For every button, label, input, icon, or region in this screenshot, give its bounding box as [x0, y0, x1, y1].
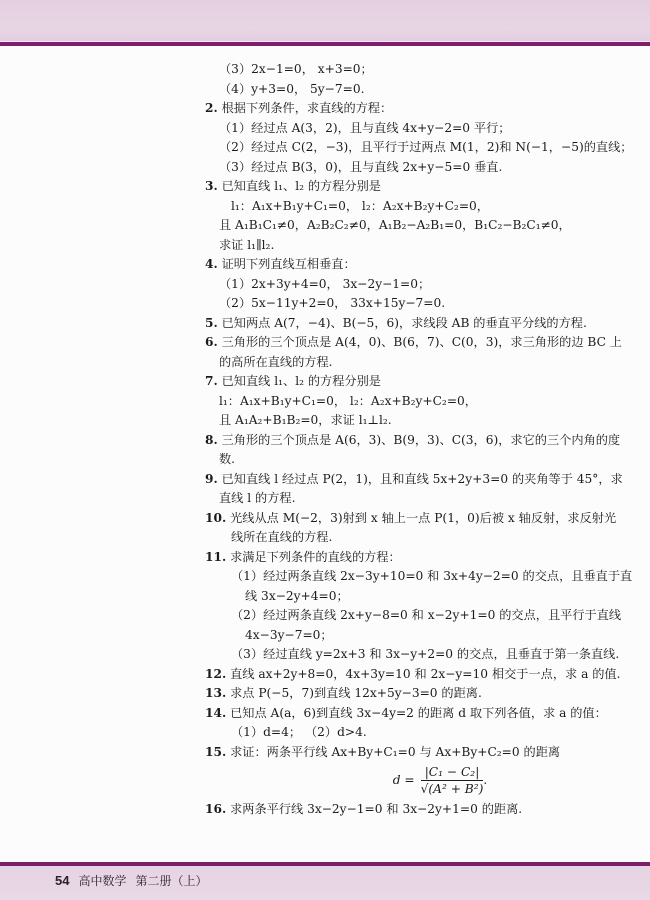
exercise-line: （3）经过点 B(3，0)，且与直线 2x+y−5=0 垂直. — [205, 158, 635, 178]
exercise-text: （1）经过点 A(3，2)，且与直线 4x+y−2=0 平行； — [219, 121, 510, 135]
exercise-item: 3. 已知直线 l₁、l₂ 的方程分别是 — [205, 177, 635, 197]
exercise-text: l₁：A₁x+B₁y+C₁=0， l₂：A₂x+B₂y+C₂=0， — [231, 199, 489, 213]
exercise-item: 12. 直线 ax+2y+8=0，4x+3y=10 和 2x−y=10 相交于一… — [205, 665, 635, 685]
book-volume: 第二册（上） — [135, 872, 207, 889]
exercise-line: 线所在直线的方程. — [205, 528, 635, 548]
exercise-line: 且 A₁A₂+B₁B₂=0，求证 l₁⊥l₂. — [205, 411, 635, 431]
exercise-content: （3）2x−1=0， x+3=0；（4）y+3=0， 5y−7=0.2. 根据下… — [205, 60, 635, 820]
exercise-line: l₁：A₁x+B₁y+C₁=0， l₂：A₂x+B₂y+C₂=0， — [205, 392, 635, 412]
exercise-item: 16. 求两条平行线 3x−2y−1=0 和 3x−2y+1=0 的距离. — [205, 800, 635, 820]
exercise-text: 求证：两条平行线 Ax+By+C₁=0 与 Ax+By+C₂=0 的距离 — [230, 745, 560, 759]
exercise-number: 11. — [205, 548, 226, 568]
exercise-text: （1）2x+3y+4=0， 3x−2y−1=0； — [219, 277, 430, 291]
exercise-line: 求证 l₁∥l₂. — [205, 236, 635, 256]
exercise-text: 求两条平行线 3x−2y−1=0 和 3x−2y+1=0 的距离. — [230, 802, 522, 816]
book-title: 高中数学 — [78, 872, 126, 889]
exercise-number: 6. — [205, 333, 218, 353]
exercise-line: （4）y+3=0， 5y−7=0. — [205, 80, 635, 100]
exercise-line: （3）2x−1=0， x+3=0； — [205, 60, 635, 80]
exercise-item: 2. 根据下列条件，求直线的方程： — [205, 99, 635, 119]
exercise-item: 14. 已知点 A(a，6)到直线 3x−4y=2 的距离 d 取下列各值，求 … — [205, 704, 635, 724]
exercise-text: 4x−3y−7=0； — [245, 628, 333, 642]
exercise-item: 5. 已知两点 A(7，−4)、B(−5，6)，求线段 AB 的垂直平分线的方程… — [205, 314, 635, 334]
exercise-number: 14. — [205, 704, 226, 724]
exercise-line: （1）d=4； （2）d>4. — [205, 723, 635, 743]
exercise-text: （3）经过点 B(3，0)，且与直线 2x+y−5=0 垂直. — [219, 160, 502, 174]
exercise-text: （3）2x−1=0， x+3=0； — [219, 62, 373, 76]
page-number: 54 — [55, 873, 69, 888]
exercise-line: l₁：A₁x+B₁y+C₁=0， l₂：A₂x+B₂y+C₂=0， — [205, 197, 635, 217]
exercise-text: 直线 ax+2y+8=0，4x+3y=10 和 2x−y=10 相交于一点，求 … — [230, 667, 620, 681]
exercise-line: （1）经过点 A(3，2)，且与直线 4x+y−2=0 平行； — [205, 119, 635, 139]
formula-denominator: √(A² + B²) — [421, 781, 484, 798]
formula-period: . — [483, 771, 487, 791]
exercise-line: （1）经过两条直线 2x−3y+10=0 和 3x+4y−2=0 的交点，且垂直… — [205, 567, 635, 587]
exercise-text: 直线 l 的方程. — [219, 491, 295, 505]
exercise-text: 已知直线 l₁、l₂ 的方程分别是 — [222, 179, 381, 193]
exercise-line: 的高所在直线的方程. — [205, 353, 635, 373]
exercise-number: 2. — [205, 99, 218, 119]
exercise-text: （4）y+3=0， 5y−7=0. — [219, 82, 364, 96]
exercise-text: 求点 P(−5，7)到直线 12x+5y−3=0 的距离. — [230, 686, 482, 700]
exercise-line: （1）2x+3y+4=0， 3x−2y−1=0； — [205, 275, 635, 295]
exercise-line: （2）经过点 C(2，−3)，且平行于过两点 M(1，2)和 N(−1，−5)的… — [205, 138, 635, 158]
exercise-text: 已知直线 l₁、l₂ 的方程分别是 — [222, 374, 381, 388]
exercise-text: 已知两点 A(7，−4)、B(−5，6)，求线段 AB 的垂直平分线的方程. — [222, 316, 587, 330]
exercise-text: 的高所在直线的方程. — [219, 355, 333, 369]
exercise-text: 线 3x−2y+4=0； — [245, 589, 349, 603]
formula-lhs: d = — [393, 771, 415, 791]
page-footer: 54 高中数学 第二册（上） — [55, 872, 208, 889]
exercise-text: 求证 l₁∥l₂. — [219, 238, 274, 252]
exercise-item: 11. 求满足下列条件的直线的方程： — [205, 548, 635, 568]
exercise-line: 直线 l 的方程. — [205, 489, 635, 509]
exercise-line: （2）经过两条直线 2x+y−8=0 和 x−2y+1=0 的交点，且平行于直线 — [205, 606, 635, 626]
exercise-text: 光线从点 M(−2，3)射到 x 轴上一点 P(1，0)后被 x 轴反射，求反射… — [230, 511, 616, 525]
exercise-item: 4. 证明下列直线互相垂直： — [205, 255, 635, 275]
exercise-number: 16. — [205, 800, 226, 820]
exercise-text: （2）经过两条直线 2x+y−8=0 和 x−2y+1=0 的交点，且平行于直线 — [231, 608, 621, 622]
exercise-number: 15. — [205, 743, 226, 763]
exercise-text: 三角形的三个顶点是 A(4，0)、B(6，7)、C(0，3)，求三角形的边 BC… — [222, 335, 622, 349]
exercise-number: 8. — [205, 431, 218, 451]
exercise-text: 且 A₁B₁C₁≠0，A₂B₂C₂≠0，A₁B₂−A₂B₁=0，B₁C₂−B₂C… — [219, 218, 571, 232]
exercise-text: 根据下列条件，求直线的方程： — [222, 101, 393, 115]
exercise-number: 3. — [205, 177, 218, 197]
header-rule — [0, 42, 650, 46]
exercise-number: 7. — [205, 372, 218, 392]
exercise-number: 13. — [205, 684, 226, 704]
exercise-line: （2）5x−11y+2=0， 33x+15y−7=0. — [205, 294, 635, 314]
exercise-text: 且 A₁A₂+B₁B₂=0，求证 l₁⊥l₂. — [219, 413, 392, 427]
exercise-number: 10. — [205, 509, 226, 529]
exercise-text: （1）d=4； （2）d>4. — [231, 725, 367, 739]
header-band — [0, 0, 650, 42]
distance-formula: d =|C₁ − C₂|√(A² + B²). — [205, 762, 635, 800]
exercise-number: 5. — [205, 314, 218, 334]
exercise-text: l₁：A₁x+B₁y+C₁=0， l₂：A₂x+B₂y+C₂=0， — [219, 394, 477, 408]
exercise-item: 15. 求证：两条平行线 Ax+By+C₁=0 与 Ax+By+C₂=0 的距离 — [205, 743, 635, 763]
exercise-line: 数. — [205, 450, 635, 470]
exercise-line: （3）经过直线 y=2x+3 和 3x−y+2=0 的交点，且垂直于第一条直线. — [205, 645, 635, 665]
exercise-number: 12. — [205, 665, 226, 685]
exercise-item: 9. 已知直线 l 经过点 P(2，1)，且和直线 5x+2y+3=0 的夹角等… — [205, 470, 635, 490]
exercise-text: （2）经过点 C(2，−3)，且平行于过两点 M(1，2)和 N(−1，−5)的… — [219, 140, 632, 154]
exercise-number: 4. — [205, 255, 218, 275]
exercise-line: 且 A₁B₁C₁≠0，A₂B₂C₂≠0，A₁B₂−A₂B₁=0，B₁C₂−B₂C… — [205, 216, 635, 236]
exercise-text: （2）5x−11y+2=0， 33x+15y−7=0. — [219, 296, 445, 310]
exercise-text: 证明下列直线互相垂直： — [222, 257, 356, 271]
exercise-number: 9. — [205, 470, 218, 490]
exercise-line: 4x−3y−7=0； — [205, 626, 635, 646]
exercise-text: 三角形的三个顶点是 A(6，3)、B(9，3)、C(3，6)，求它的三个内角的度 — [222, 433, 621, 447]
exercise-item: 10. 光线从点 M(−2，3)射到 x 轴上一点 P(1，0)后被 x 轴反射… — [205, 509, 635, 529]
formula-fraction: |C₁ − C₂|√(A² + B²) — [421, 764, 484, 798]
exercise-text: 数. — [219, 452, 235, 466]
exercise-text: （1）经过两条直线 2x−3y+10=0 和 3x+4y−2=0 的交点，且垂直… — [231, 569, 632, 583]
exercise-item: 8. 三角形的三个顶点是 A(6，3)、B(9，3)、C(3，6)，求它的三个内… — [205, 431, 635, 451]
exercise-text: 求满足下列条件的直线的方程： — [230, 550, 401, 564]
exercise-item: 13. 求点 P(−5，7)到直线 12x+5y−3=0 的距离. — [205, 684, 635, 704]
exercise-text: 线所在直线的方程. — [231, 530, 332, 544]
exercise-line: 线 3x−2y+4=0； — [205, 587, 635, 607]
exercise-text: （3）经过直线 y=2x+3 和 3x−y+2=0 的交点，且垂直于第一条直线. — [231, 647, 619, 661]
formula-numerator: |C₁ − C₂| — [421, 764, 484, 781]
exercise-text: 已知点 A(a，6)到直线 3x−4y=2 的距离 d 取下列各值，求 a 的值… — [230, 706, 607, 720]
exercise-item: 7. 已知直线 l₁、l₂ 的方程分别是 — [205, 372, 635, 392]
exercise-item: 6. 三角形的三个顶点是 A(4，0)、B(6，7)、C(0，3)，求三角形的边… — [205, 333, 635, 353]
exercise-text: 已知直线 l 经过点 P(2，1)，且和直线 5x+2y+3=0 的夹角等于 4… — [222, 472, 623, 486]
